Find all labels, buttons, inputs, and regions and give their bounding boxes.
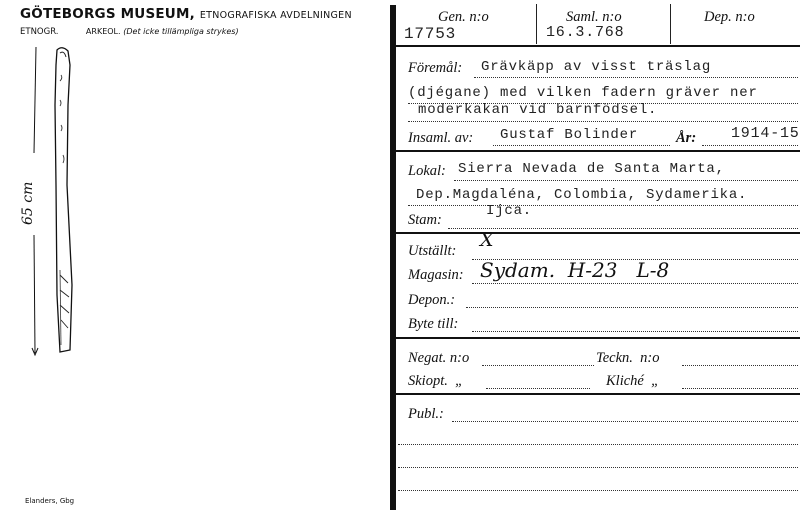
teckn-label: Teckn. n:o <box>596 350 660 367</box>
foremal-label: Föremål: <box>408 60 462 77</box>
gen-no-value[interactable]: 17753 <box>404 25 456 43</box>
foremal-line-1[interactable]: Grävkäpp av visst träslag <box>481 59 711 75</box>
department-name: ETNOGRAFISKA AVDELNINGEN <box>200 10 352 21</box>
museum-name: GÖTEBORGS MUSEUM, <box>20 6 195 22</box>
kliche-label: Kliché „ <box>606 373 659 390</box>
negat-label: Negat. n:o <box>408 350 469 367</box>
insaml-label: Insaml. av: <box>408 130 473 147</box>
dotted-line <box>398 444 798 445</box>
section-rule <box>396 232 800 234</box>
publ-label: Publ.: <box>408 406 444 423</box>
dotted-line <box>454 180 798 181</box>
ar-value[interactable]: 1914-15 <box>731 125 800 142</box>
department-line: ETNOGR. ARKEOL. (Det icke tillämpliga st… <box>20 27 239 37</box>
measurement-label: 65 cm <box>20 182 36 225</box>
dotted-line <box>448 228 798 229</box>
section-rule <box>396 150 800 152</box>
teckn-field <box>682 365 798 366</box>
insaml-value[interactable]: Gustaf Bolinder <box>500 127 638 143</box>
byte-till-field <box>472 331 798 332</box>
depon-field <box>466 307 798 308</box>
catalogue-card: Gen. n:o 17753 Saml. n:o 16.3.768 Dep. n… <box>396 0 800 515</box>
alt-code: ARKEOL. <box>86 27 121 36</box>
dotted-line <box>702 145 798 146</box>
lokal-line-1[interactable]: Sierra Nevada de Santa Marta, <box>458 161 725 177</box>
foremal-line-3[interactable]: moderkakan vid barnfödsel. <box>418 102 657 118</box>
stam-value[interactable]: Ijca. <box>486 203 532 219</box>
dotted-line <box>398 467 798 468</box>
byte-till-label: Byte till: <box>408 316 458 333</box>
stam-label: Stam: <box>408 212 442 229</box>
section-rule <box>396 393 800 395</box>
lokal-label: Lokal: <box>408 163 446 180</box>
magasin-label: Magasin: <box>408 267 464 284</box>
museum-header: GÖTEBORGS MUSEUM, ETNOGRAFISKA AVDELNING… <box>20 6 352 22</box>
dotted-line <box>493 145 670 146</box>
dotted-line <box>398 490 798 491</box>
gen-no-label: Gen. n:o <box>438 9 489 26</box>
kliche-field <box>682 388 798 389</box>
utstallt-label: Utställt: <box>408 243 456 260</box>
magasin-value[interactable]: Sydam. H-23 L-8 <box>480 258 669 282</box>
section-rule <box>396 337 800 339</box>
lokal-line-2[interactable]: Dep.Magdaléna, Colombia, Sydamerika. <box>416 187 747 203</box>
saml-no-value[interactable]: 16.3.768 <box>546 24 624 41</box>
dotted-line <box>408 121 798 122</box>
depon-label: Depon.: <box>408 292 455 309</box>
dotted-line <box>474 77 798 78</box>
digging-stick-sketch-icon: 65 cm <box>20 45 90 365</box>
dotted-line <box>408 205 798 206</box>
section-rule <box>396 45 800 47</box>
column-divider <box>670 4 671 44</box>
dept-code: ETNOGR. <box>20 27 59 37</box>
strike-note: (Det icke tillämpliga strykes) <box>123 27 238 36</box>
printer-imprint: Elanders, Gbg <box>25 497 74 505</box>
negat-field <box>482 365 594 366</box>
skiopt-field <box>486 388 590 389</box>
foremal-line-2[interactable]: (djégane) med vilken fadern gräver ner <box>408 85 758 101</box>
dotted-line <box>472 283 798 284</box>
dep-no-label: Dep. n:o <box>704 9 755 26</box>
publ-field <box>452 421 798 422</box>
column-divider <box>536 4 537 44</box>
ar-label: År: <box>676 130 696 147</box>
utstallt-value[interactable]: X <box>480 229 494 251</box>
skiopt-label: Skiopt. „ <box>408 373 463 390</box>
